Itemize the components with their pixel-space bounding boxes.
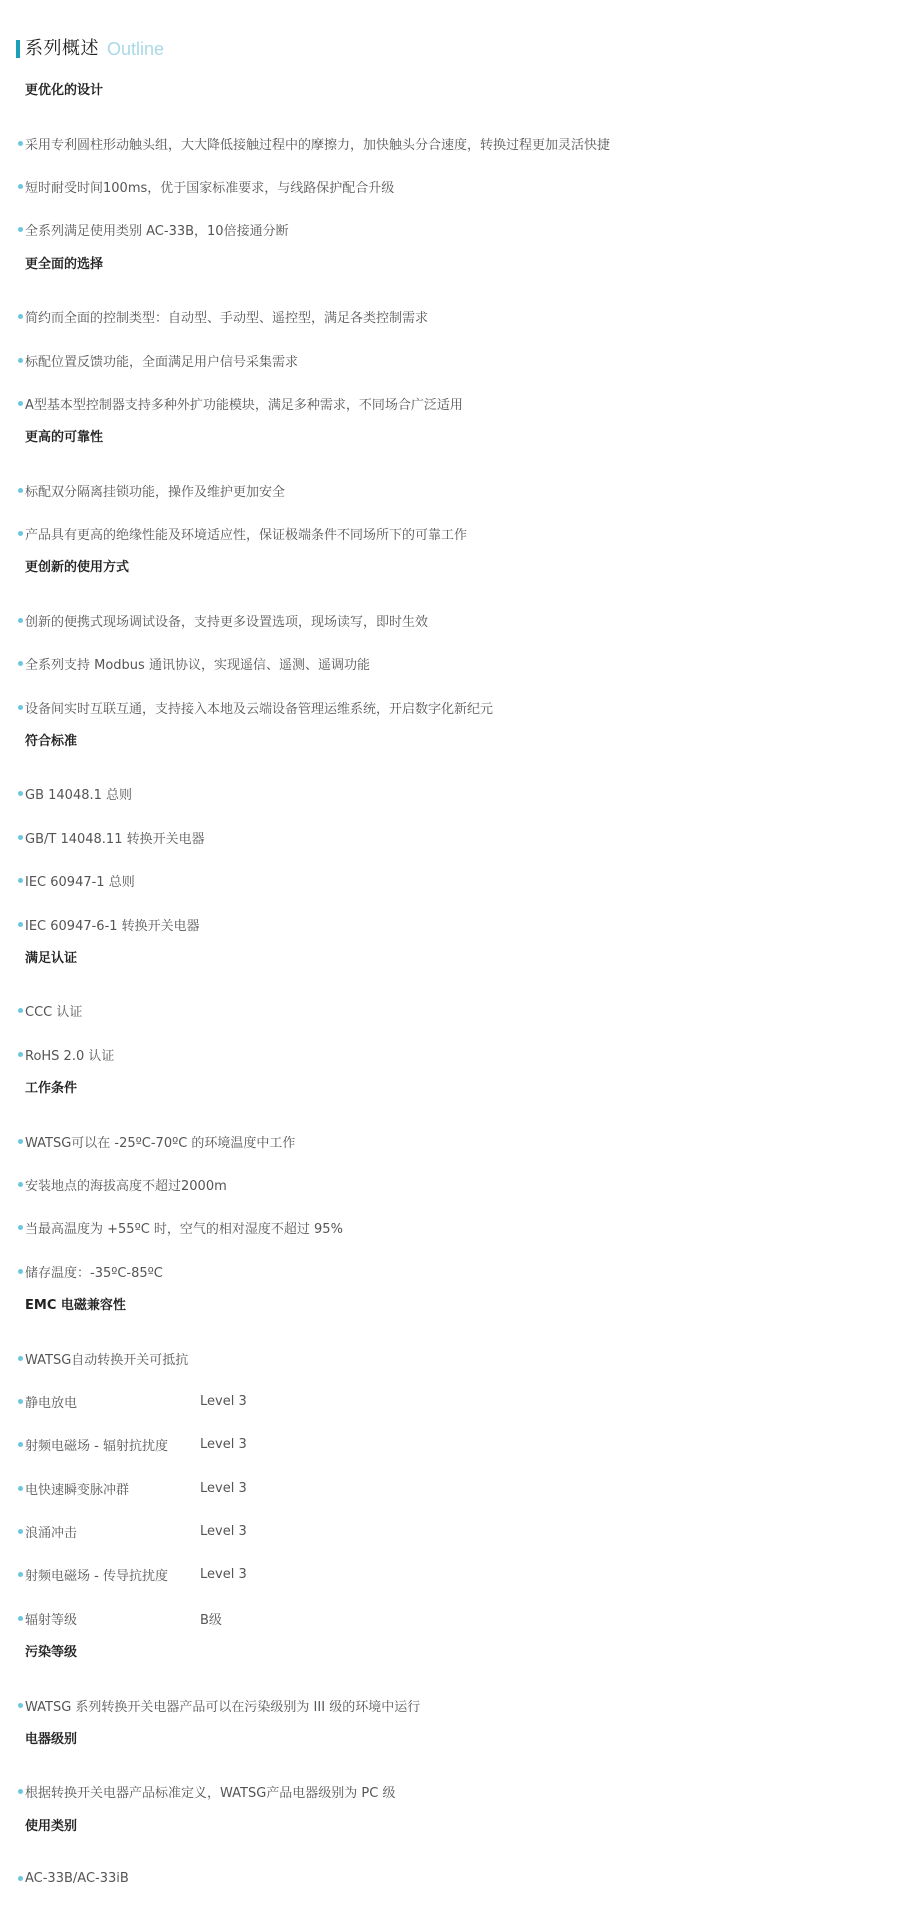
title-chinese: 系列概述 — [25, 37, 99, 61]
section-heading: 电器级别 — [0, 1718, 900, 1761]
bullet-icon — [18, 1703, 23, 1708]
title-english: Outline — [107, 37, 164, 61]
emc-value: Level 3 — [200, 1524, 247, 1539]
list-item: CCC 认证 — [0, 989, 900, 1032]
section-heading-emc: EMC 电磁兼容性 — [0, 1284, 900, 1327]
list-item: 当最高温度为 +55ºC 时，空气的相对湿度不超过 95% — [0, 1206, 900, 1249]
emc-value: Level 3 — [200, 1437, 247, 1452]
bullet-icon — [18, 1399, 23, 1404]
bullet-icon — [18, 184, 23, 189]
section-heading: 符合标准 — [0, 720, 900, 763]
list-item: GB 14048.1 总则 — [0, 772, 900, 815]
bullet-icon — [18, 531, 23, 536]
list-item: 标配双分隔离挂锁功能，操作及维护更加安全 — [0, 469, 900, 512]
bullet-icon — [18, 227, 23, 232]
emc-value: B级 — [200, 1609, 222, 1628]
emc-row: 静电放电Level 3 — [0, 1380, 900, 1423]
bullet-icon — [18, 1789, 23, 1794]
section-heading: 工作条件 — [0, 1067, 900, 1110]
section-heading: 污染等级 — [0, 1631, 900, 1674]
list-item: GB/T 14048.11 转换开关电器 — [0, 816, 900, 859]
emc-label: 射频电磁场 - 辐射抗扰度 — [25, 1435, 200, 1454]
bullet-icon — [18, 1616, 23, 1621]
list-item: 全系列支持 Modbus 通讯协议，实现遥信、遥测、遥调功能 — [0, 642, 900, 685]
section-heading: 使用类别 — [0, 1805, 900, 1848]
emc-label: 静电放电 — [25, 1392, 200, 1411]
section-heading: 更优化的设计 — [0, 69, 900, 112]
emc-label: 电快速瞬变脉冲群 — [25, 1479, 200, 1498]
bullet-icon — [18, 1529, 23, 1534]
section-heading: 更高的可靠性 — [0, 416, 900, 459]
page-title: 系列概述 Outline — [16, 37, 164, 61]
emc-value: Level 3 — [200, 1567, 247, 1582]
list-item: 创新的便携式现场调试设备，支持更多设置选项，现场读写，即时生效 — [0, 599, 900, 642]
bullet-icon — [18, 1008, 23, 1013]
list-item: AC-33B/AC-33iB — [0, 1857, 900, 1900]
bullet-icon — [18, 314, 23, 319]
emc-row: 射频电磁场 - 传导抗扰度Level 3 — [0, 1553, 900, 1596]
emc-label: 辐射等级 — [25, 1609, 200, 1628]
emc-value: Level 3 — [200, 1394, 247, 1409]
bullet-icon — [18, 488, 23, 493]
bullet-icon — [18, 791, 23, 796]
bullet-icon — [18, 401, 23, 406]
bullet-icon — [18, 1442, 23, 1447]
title-accent-bar — [16, 40, 20, 58]
bullet-icon — [18, 1139, 23, 1144]
outline-content: 更优化的设计 采用专利圆柱形动触头组，大大降低接触过程中的摩擦力，加快触头分合速… — [0, 78, 900, 1900]
list-item: IEC 60947-1 总则 — [0, 859, 900, 902]
list-item: 短时耐受时间100ms，优于国家标准要求，与线路保护配合升级 — [0, 165, 900, 208]
emc-value: Level 3 — [200, 1481, 247, 1496]
bullet-icon — [18, 141, 23, 146]
bullet-icon — [18, 661, 23, 666]
list-item: 简约而全面的控制类型：自动型、手动型、遥控型，满足各类控制需求 — [0, 295, 900, 338]
bullet-icon — [18, 1052, 23, 1057]
section-heading: 更创新的使用方式 — [0, 546, 900, 589]
list-item: 标配位置反馈功能，全面满足用户信号采集需求 — [0, 338, 900, 381]
emc-label: 射频电磁场 - 传导抗扰度 — [25, 1565, 200, 1584]
bullet-icon — [18, 1486, 23, 1491]
section-heading: 满足认证 — [0, 937, 900, 980]
bullet-icon — [18, 835, 23, 840]
bullet-icon — [18, 618, 23, 623]
list-item: WATSG自动转换开关可抵抗 — [0, 1336, 900, 1379]
emc-row: 电快速瞬变脉冲群Level 3 — [0, 1467, 900, 1510]
list-item: 采用专利圆柱形动触头组，大大降低接触过程中的摩擦力，加快触头分合速度，转换过程更… — [0, 121, 900, 164]
bullet-icon — [18, 878, 23, 883]
bullet-icon — [18, 705, 23, 710]
bullet-icon — [18, 1225, 23, 1230]
emc-row: 浪涌冲击Level 3 — [0, 1510, 900, 1553]
bullet-icon — [18, 922, 23, 927]
bullet-icon — [18, 1269, 23, 1274]
bullet-icon — [18, 358, 23, 363]
bullet-icon — [18, 1182, 23, 1187]
emc-row: 射频电磁场 - 辐射抗扰度Level 3 — [0, 1423, 900, 1466]
bullet-icon — [18, 1572, 23, 1577]
bullet-icon — [18, 1356, 23, 1361]
bullet-icon — [18, 1876, 23, 1881]
list-item: WATSG可以在 -25ºC-70ºC 的环境温度中工作 — [0, 1119, 900, 1162]
section-heading: 更全面的选择 — [0, 243, 900, 286]
emc-label: 浪涌冲击 — [25, 1522, 200, 1541]
list-item: 安装地点的海拔高度不超过2000m — [0, 1163, 900, 1206]
